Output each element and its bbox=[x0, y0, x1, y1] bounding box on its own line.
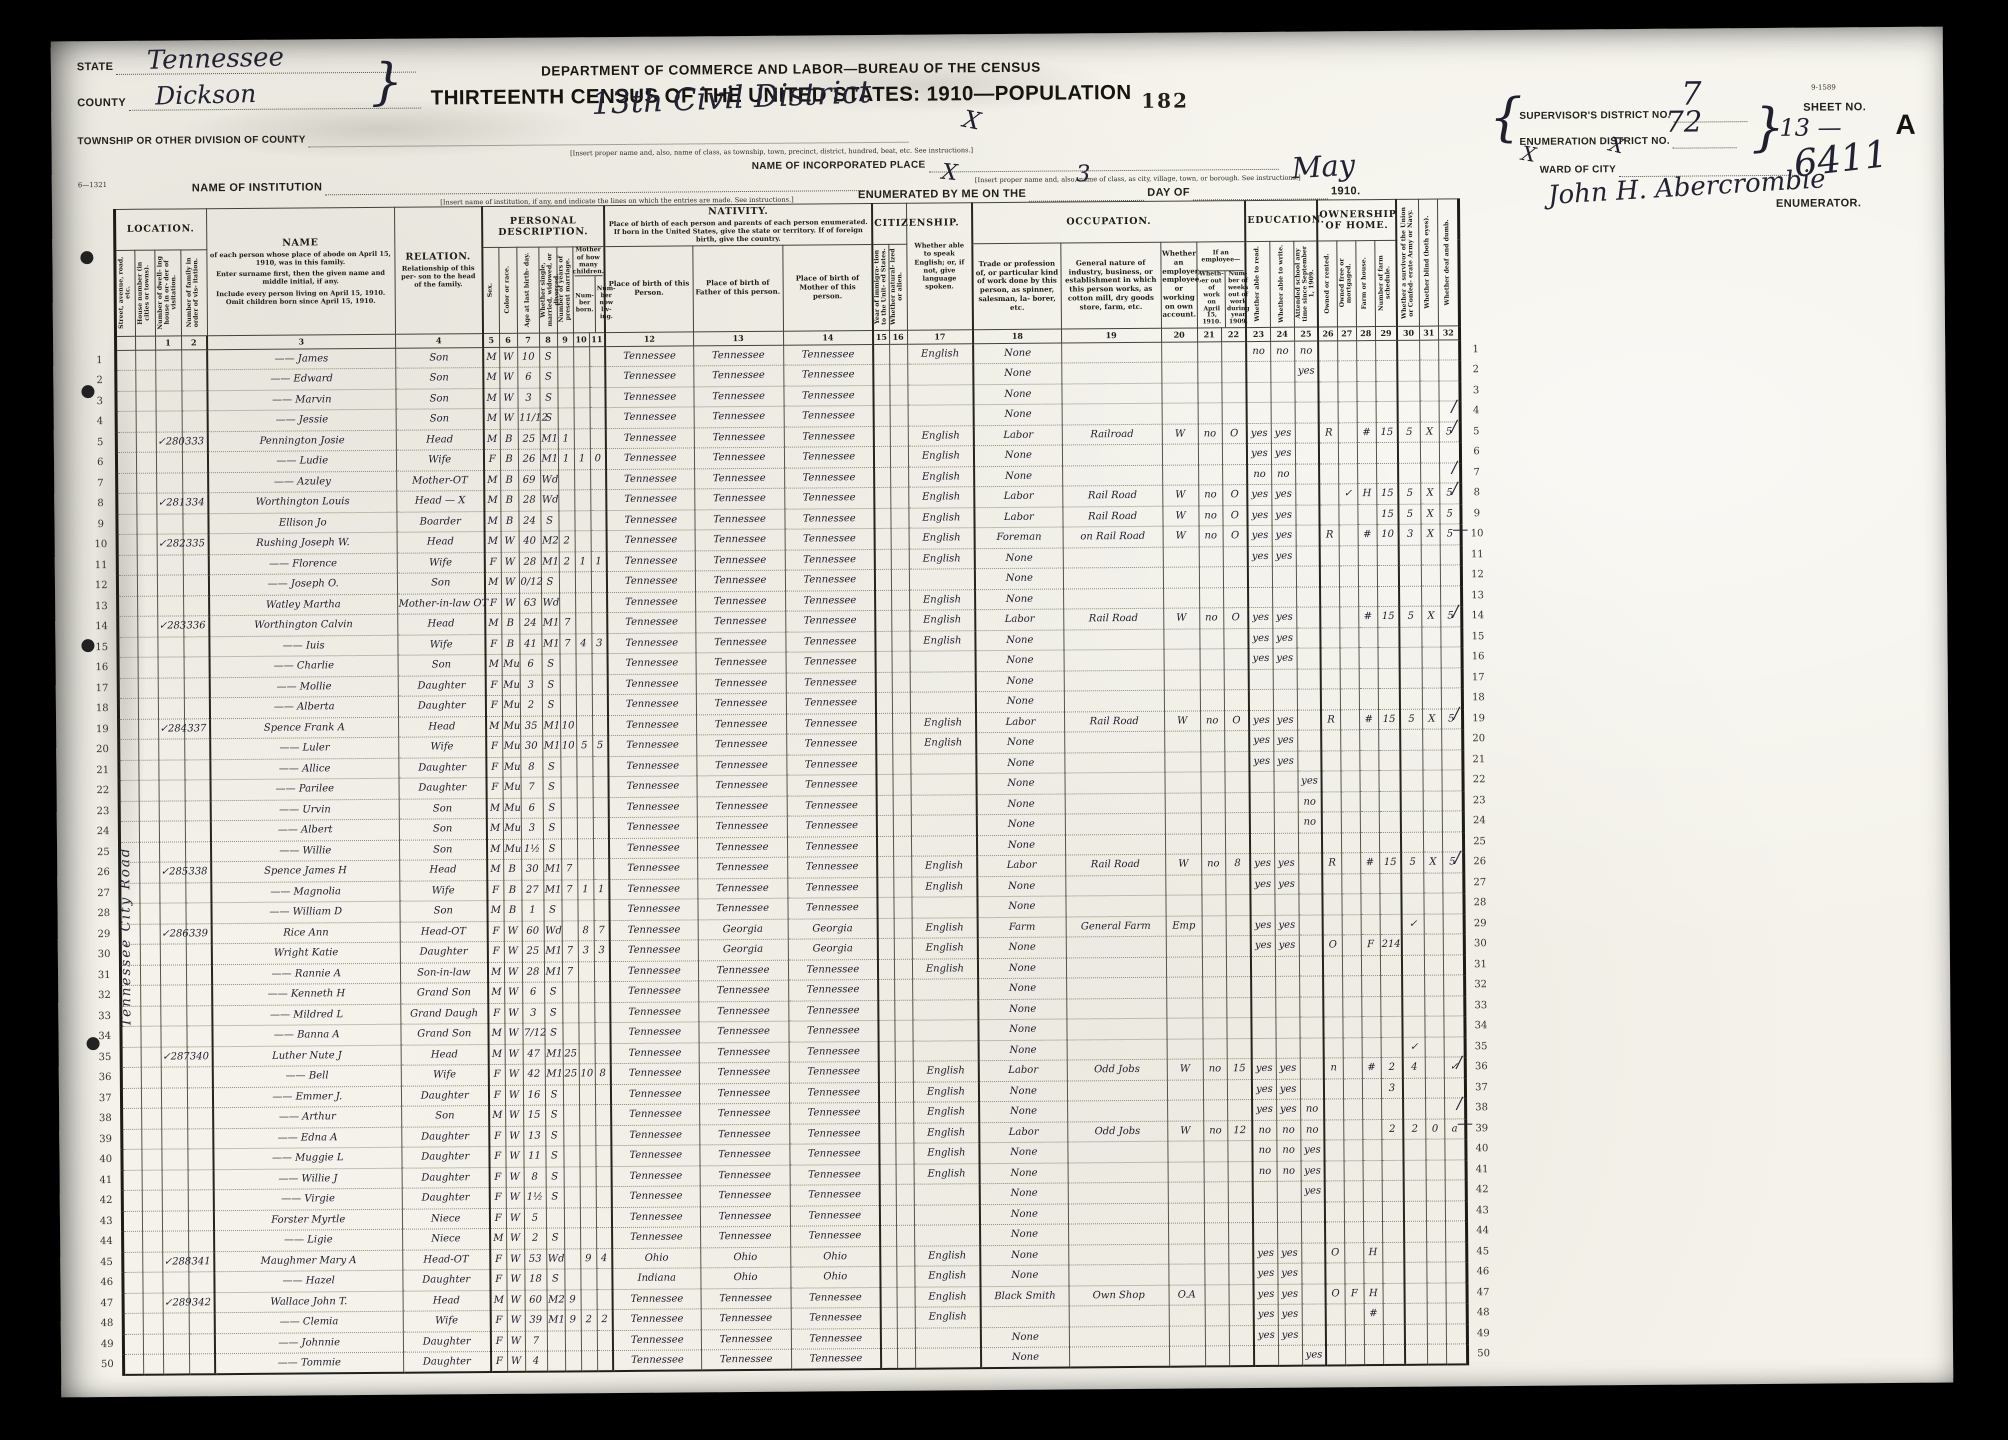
cell bbox=[1274, 833, 1298, 854]
group-occupation: OCCUPATION. bbox=[972, 201, 1245, 244]
cell bbox=[1063, 547, 1163, 568]
cell bbox=[893, 815, 911, 836]
cell: M bbox=[488, 983, 504, 1004]
cell bbox=[1378, 730, 1400, 751]
cell bbox=[1427, 1262, 1446, 1283]
cell bbox=[1064, 649, 1164, 670]
cell bbox=[117, 534, 137, 555]
cell: 336 bbox=[183, 616, 209, 637]
cell: Tennessee bbox=[785, 631, 875, 652]
cell bbox=[1197, 362, 1221, 383]
cell bbox=[1426, 1139, 1445, 1160]
cell: 2 bbox=[524, 1228, 546, 1249]
cell: X bbox=[1420, 483, 1439, 504]
col-born-header: Num- ber born. bbox=[574, 276, 595, 332]
row-number-right: 19/ bbox=[1462, 708, 1488, 729]
cell bbox=[1068, 1182, 1168, 1203]
cell: M bbox=[487, 839, 503, 860]
cell bbox=[156, 514, 182, 535]
cell bbox=[1344, 1222, 1363, 1243]
cell bbox=[875, 508, 891, 529]
cell: Tennessee bbox=[694, 427, 784, 448]
cell bbox=[894, 959, 912, 980]
cell bbox=[565, 1331, 581, 1352]
cell bbox=[141, 1088, 161, 1109]
cell: None bbox=[978, 896, 1066, 917]
row-number-right: 26/ bbox=[1463, 852, 1489, 873]
cell bbox=[1363, 1181, 1382, 1202]
row-number-right: 5/ bbox=[1460, 421, 1486, 442]
row-number-right: 17 bbox=[1462, 667, 1488, 688]
row-number-right: 25 bbox=[1463, 831, 1489, 852]
cell bbox=[564, 1187, 580, 1208]
margin-number: 6411 bbox=[1792, 132, 1890, 185]
row-number-left: 3 bbox=[91, 391, 115, 412]
cell: 2 bbox=[581, 1310, 597, 1331]
cell bbox=[1321, 648, 1340, 669]
cell bbox=[1343, 1078, 1362, 1099]
cell: yes bbox=[1272, 505, 1296, 526]
cell bbox=[914, 1204, 980, 1225]
cell: English bbox=[915, 1307, 981, 1328]
cell: English bbox=[913, 1081, 979, 1102]
cell: Odd Jobs bbox=[1067, 1059, 1167, 1080]
cell: Head bbox=[398, 716, 486, 737]
cell bbox=[1167, 1080, 1203, 1101]
cell bbox=[187, 1149, 213, 1170]
cell bbox=[574, 408, 590, 429]
cell: F bbox=[491, 1331, 507, 1352]
cell: 7 bbox=[525, 1331, 547, 1352]
cell: Daughter bbox=[401, 1126, 489, 1147]
cell: yes bbox=[1252, 1079, 1276, 1100]
cell bbox=[1204, 1202, 1228, 1223]
cell bbox=[1326, 1304, 1345, 1325]
cell: None bbox=[979, 1101, 1067, 1122]
cell bbox=[875, 529, 891, 550]
cell bbox=[1342, 976, 1361, 997]
cell bbox=[1162, 465, 1198, 486]
cell: S bbox=[543, 900, 561, 921]
cell bbox=[1421, 586, 1440, 607]
cell bbox=[123, 1354, 143, 1375]
cell: Son bbox=[397, 573, 485, 594]
cell: None bbox=[979, 1081, 1067, 1102]
cell: Wife bbox=[398, 737, 486, 758]
cell bbox=[1271, 402, 1295, 423]
cell bbox=[560, 675, 576, 696]
cell bbox=[880, 1164, 896, 1185]
cell: F bbox=[490, 1167, 506, 1188]
cell bbox=[139, 842, 159, 863]
cell bbox=[1298, 751, 1322, 772]
cell: Tennessee bbox=[786, 734, 876, 755]
row-number-right: 36/ bbox=[1465, 1057, 1491, 1078]
cell: Worthington Calvin bbox=[209, 614, 397, 636]
cell bbox=[1446, 1303, 1467, 1324]
cell: Tennessee bbox=[608, 674, 696, 695]
row-number-right: 28 bbox=[1464, 893, 1490, 914]
cell bbox=[877, 816, 893, 837]
cell: Tennessee bbox=[695, 591, 785, 612]
cell bbox=[1420, 360, 1439, 381]
cell: Son bbox=[395, 388, 483, 409]
cell: Tennessee bbox=[606, 407, 694, 428]
cell bbox=[1201, 772, 1225, 793]
cell bbox=[915, 1327, 981, 1348]
cell bbox=[907, 364, 973, 385]
cell bbox=[896, 1225, 914, 1246]
cell: yes bbox=[1247, 485, 1271, 506]
row-number-right: 50 bbox=[1467, 1344, 1493, 1365]
row-number-right: 22 bbox=[1463, 770, 1489, 791]
cell bbox=[1362, 1017, 1381, 1038]
row-number-right: 8/ bbox=[1460, 483, 1486, 504]
cell: —— Florence bbox=[209, 553, 397, 575]
cell: H bbox=[1357, 484, 1376, 505]
cell bbox=[1254, 1346, 1278, 1367]
cell: Wd bbox=[546, 1249, 564, 1270]
cell: Tennessee bbox=[609, 797, 697, 818]
cell: Tennessee bbox=[611, 1125, 699, 1146]
cell: 15 bbox=[1377, 607, 1399, 628]
cell: 11 bbox=[523, 1146, 545, 1167]
cell: Worthington Louis bbox=[208, 491, 396, 513]
cell bbox=[1322, 874, 1341, 895]
cell: F bbox=[488, 921, 504, 942]
cell: F bbox=[490, 1208, 506, 1229]
row-number-right: 12 bbox=[1461, 565, 1487, 586]
cell: Tennessee bbox=[786, 754, 876, 775]
cell: yes bbox=[1250, 854, 1274, 875]
enumerator-label: ENUMERATOR. bbox=[1776, 197, 1861, 210]
cell bbox=[1426, 1242, 1445, 1263]
cell bbox=[911, 794, 977, 815]
cell: M bbox=[487, 901, 503, 922]
cell: R bbox=[1320, 525, 1339, 546]
cell bbox=[1337, 340, 1356, 361]
cell bbox=[579, 1125, 595, 1146]
column-number: 23 bbox=[1246, 327, 1270, 341]
cell: Tennessee bbox=[783, 344, 873, 365]
cell bbox=[1405, 1303, 1427, 1324]
cell bbox=[162, 1231, 188, 1252]
cell bbox=[1228, 1202, 1253, 1223]
cell bbox=[891, 569, 909, 590]
cell: yes bbox=[1275, 915, 1299, 936]
cell bbox=[143, 1293, 163, 1314]
row-number-left: 9 bbox=[92, 514, 116, 535]
cell bbox=[1319, 464, 1338, 485]
supervisor-label: SUPERVISOR'S DISTRICT NO. bbox=[1519, 110, 1670, 122]
cell: 3 bbox=[591, 633, 607, 654]
cell: 18 bbox=[524, 1269, 546, 1290]
cell bbox=[557, 347, 573, 368]
cell bbox=[1424, 873, 1443, 894]
cell: Tennessee bbox=[607, 592, 695, 613]
cell bbox=[589, 367, 605, 388]
cell: Tennessee bbox=[606, 387, 694, 408]
cell: 28 bbox=[518, 490, 540, 511]
cell bbox=[1167, 1039, 1203, 1060]
cell: 5 bbox=[1400, 709, 1422, 730]
col-pobf-header: Place of birth of Father of this person. bbox=[692, 245, 783, 332]
cell bbox=[1420, 463, 1439, 484]
cell: O bbox=[1223, 608, 1248, 629]
cell bbox=[1295, 443, 1319, 464]
cell: Tennessee bbox=[693, 345, 783, 366]
row-number-left: 32 bbox=[96, 986, 120, 1007]
cell bbox=[1225, 792, 1250, 813]
cell: English bbox=[914, 1163, 980, 1184]
cell: 3 bbox=[594, 941, 610, 962]
cell bbox=[1250, 772, 1274, 793]
cell: Tennessee bbox=[608, 694, 696, 715]
cell bbox=[878, 918, 894, 939]
cell: Tennessee bbox=[697, 775, 787, 796]
cell bbox=[186, 1026, 212, 1047]
cell: S bbox=[546, 1228, 564, 1249]
handwritten-mark: X bbox=[961, 105, 983, 136]
cell bbox=[558, 511, 574, 532]
cell bbox=[143, 1334, 163, 1355]
cell bbox=[1298, 874, 1322, 895]
cell bbox=[118, 719, 138, 740]
cell bbox=[1323, 956, 1342, 977]
cell bbox=[876, 734, 892, 755]
cell: ✓284 bbox=[158, 719, 184, 740]
row-number-right: 23 bbox=[1463, 790, 1489, 811]
enumeration-row: ENUMERATION DISTRICT NO. bbox=[1519, 130, 1739, 150]
cell: Tennessee bbox=[612, 1207, 700, 1228]
cell: Mu bbox=[502, 736, 520, 757]
cell bbox=[1323, 915, 1342, 936]
cell: Grand Daugh bbox=[400, 1003, 488, 1024]
cell bbox=[1343, 1017, 1362, 1038]
cell bbox=[1361, 955, 1380, 976]
column-number: 19 bbox=[1061, 328, 1161, 343]
cell bbox=[158, 760, 184, 781]
cell bbox=[1445, 1180, 1466, 1201]
cell bbox=[1168, 1162, 1204, 1183]
cell bbox=[116, 493, 136, 514]
cell: 5 bbox=[576, 736, 592, 757]
cell: Tennessee bbox=[611, 1084, 699, 1105]
cell: Wright Katie bbox=[212, 942, 400, 964]
cell bbox=[1419, 340, 1438, 361]
cell bbox=[1443, 934, 1464, 955]
cell bbox=[121, 1149, 141, 1170]
cell: Tennessee bbox=[701, 1288, 791, 1309]
cell bbox=[1067, 1039, 1167, 1060]
cell bbox=[595, 1043, 611, 1064]
col-outofwork-header: Wheth- er out of work on April 15, 1910. bbox=[1198, 271, 1225, 327]
cell bbox=[574, 510, 590, 531]
cell: 6 bbox=[521, 798, 543, 819]
cell: ✓287 bbox=[161, 1047, 187, 1068]
name-title: NAME bbox=[208, 236, 393, 248]
cell: Daughter bbox=[402, 1188, 490, 1209]
cell: yes bbox=[1271, 484, 1295, 505]
col-industry-header: General nature of industry, business, or… bbox=[1060, 242, 1161, 329]
cell: Daughter bbox=[401, 1085, 489, 1106]
cell bbox=[1225, 813, 1250, 834]
cell: 24 bbox=[518, 511, 540, 532]
cell bbox=[1061, 362, 1161, 383]
cell bbox=[877, 857, 893, 878]
cell: Head-OT bbox=[400, 921, 488, 942]
cell: Daughter bbox=[398, 696, 486, 717]
handwritten-mark: X bbox=[941, 160, 959, 186]
row-number-right: 29 bbox=[1464, 913, 1490, 934]
cell bbox=[1223, 587, 1248, 608]
cell bbox=[1376, 443, 1398, 464]
cell bbox=[156, 411, 182, 432]
cell bbox=[1321, 628, 1340, 649]
cell: Daughter bbox=[403, 1331, 491, 1352]
cell bbox=[1163, 629, 1199, 650]
cell bbox=[1425, 1057, 1444, 1078]
cell bbox=[118, 760, 138, 781]
cell: Tennessee bbox=[791, 1308, 881, 1329]
cell: no bbox=[1198, 423, 1222, 444]
cell bbox=[1443, 914, 1464, 935]
table-body: 1—— JamesSonMW10STennesseeTennesseeTenne… bbox=[91, 339, 1493, 1375]
cell: 53 bbox=[524, 1249, 546, 1270]
cell bbox=[1402, 893, 1424, 914]
cell: Son bbox=[399, 839, 487, 860]
cell: B bbox=[501, 634, 519, 655]
col-trade-header: Trade or profession of, or particular ki… bbox=[972, 243, 1061, 330]
cell bbox=[1066, 977, 1166, 998]
cell bbox=[879, 1021, 895, 1042]
row-number-right: 14/ bbox=[1461, 606, 1487, 627]
cell bbox=[1444, 996, 1465, 1017]
cell bbox=[1201, 833, 1225, 854]
cell bbox=[1398, 360, 1420, 381]
cell bbox=[895, 1061, 913, 1082]
cell bbox=[118, 739, 138, 760]
cell bbox=[891, 631, 909, 652]
cell: M bbox=[483, 347, 499, 368]
cell: on Rail Road bbox=[1063, 526, 1163, 547]
cell: yes bbox=[1250, 751, 1274, 772]
cell bbox=[890, 487, 908, 508]
cell bbox=[564, 1269, 580, 1290]
cell: 3 bbox=[1399, 524, 1421, 545]
cell: O bbox=[1223, 526, 1248, 547]
cell bbox=[1064, 731, 1164, 752]
row-number-left: 41 bbox=[98, 1170, 122, 1191]
cell: yes bbox=[1251, 915, 1275, 936]
cell bbox=[157, 637, 183, 658]
cell bbox=[138, 698, 158, 719]
cell bbox=[911, 774, 977, 795]
cell bbox=[1382, 1201, 1404, 1222]
margin-mark: / bbox=[1451, 417, 1457, 436]
cell bbox=[138, 760, 158, 781]
cell bbox=[1377, 586, 1399, 607]
cell bbox=[1163, 547, 1199, 568]
cell: Spence James H bbox=[211, 860, 399, 882]
cell: Head bbox=[399, 860, 487, 881]
cell bbox=[135, 391, 155, 412]
cell: Tennessee bbox=[698, 960, 788, 981]
cell bbox=[158, 657, 184, 678]
cell bbox=[1380, 894, 1402, 915]
cell bbox=[1338, 422, 1357, 443]
cell bbox=[1427, 1344, 1446, 1365]
cell bbox=[892, 713, 910, 734]
cell bbox=[575, 592, 591, 613]
cell: 341 bbox=[188, 1251, 214, 1272]
cell: Tennessee bbox=[694, 488, 784, 509]
cell bbox=[1318, 341, 1337, 362]
cell: M1 bbox=[547, 1310, 565, 1331]
cell: yes bbox=[1248, 546, 1272, 567]
cell bbox=[188, 1272, 214, 1293]
col-free-header: Owned free or mortgaged. bbox=[1337, 240, 1357, 326]
cell bbox=[1423, 811, 1442, 832]
column-number: 26 bbox=[1318, 327, 1337, 341]
cell: S bbox=[542, 695, 560, 716]
cell bbox=[561, 839, 577, 860]
cell bbox=[896, 1246, 914, 1267]
cell bbox=[1297, 689, 1321, 710]
cell bbox=[1382, 1242, 1404, 1263]
cell bbox=[877, 836, 893, 857]
row-number-right: 18 bbox=[1462, 688, 1488, 709]
cell bbox=[1404, 1201, 1426, 1222]
cell: no bbox=[1200, 710, 1224, 731]
cell: Tennessee bbox=[612, 1186, 700, 1207]
cell bbox=[1403, 1016, 1425, 1037]
cell bbox=[896, 1205, 914, 1226]
cell bbox=[1338, 402, 1357, 423]
cell bbox=[1403, 1098, 1425, 1119]
column-number: 5 bbox=[483, 333, 499, 347]
cell bbox=[890, 426, 908, 447]
cell bbox=[136, 432, 156, 453]
cell bbox=[1165, 813, 1201, 834]
cell bbox=[560, 757, 576, 778]
column-number: 32 bbox=[1438, 326, 1459, 340]
cell bbox=[1228, 1264, 1253, 1285]
cell bbox=[1358, 586, 1377, 607]
cell: H bbox=[1364, 1283, 1383, 1304]
cell bbox=[573, 346, 589, 367]
cell bbox=[896, 1164, 914, 1185]
cell: Tennessee bbox=[789, 1021, 879, 1042]
cell bbox=[185, 780, 211, 801]
cell: M bbox=[483, 388, 499, 409]
cell bbox=[157, 575, 183, 596]
cell bbox=[1401, 750, 1423, 771]
cell bbox=[1296, 587, 1320, 608]
cell: W bbox=[1165, 854, 1201, 875]
cell bbox=[895, 1123, 913, 1144]
cell: B bbox=[500, 429, 518, 450]
cell: Tennessee bbox=[609, 817, 697, 838]
cell: 24 bbox=[519, 613, 541, 634]
cell: Georgia bbox=[698, 939, 788, 960]
cell bbox=[1425, 1037, 1444, 1058]
cell bbox=[1297, 730, 1321, 751]
cell: 2 bbox=[1403, 1119, 1425, 1140]
cell bbox=[1201, 813, 1225, 834]
row-number-left: 34 bbox=[96, 1027, 120, 1048]
cell bbox=[580, 1228, 596, 1249]
